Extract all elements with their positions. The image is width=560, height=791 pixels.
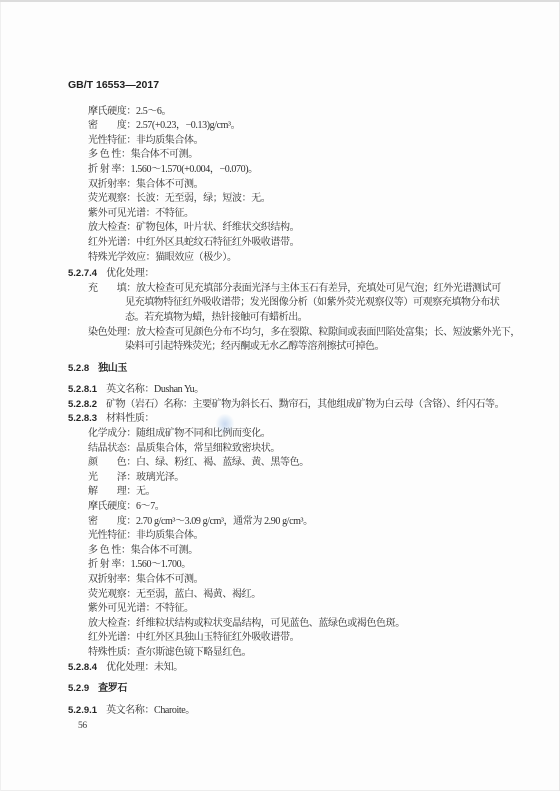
page-content: GB/T 16553—2017 摩氏硬度：2.5～6。 密 度：2.57(+0.… [68,78,520,734]
property-line-fluorescence: 荧光观察：长波：无至弱，绿；短波：无。 [68,192,520,207]
section-title: 查罗石 [98,683,127,694]
section-number: 5.2.8 [68,363,89,374]
property-line-uv-vis-spectrum: 紫外可见光谱：不特征。 [68,602,520,617]
property-line-density: 密 度：2.70 g/cm³～3.09 g/cm³，通常为 2.90 g/cm³… [68,515,520,530]
clause-number: 5.2.8.2 [68,399,97,410]
section-number: 5.2.9 [68,683,89,694]
standard-number: GB/T 16553—2017 [68,78,520,93]
document-page: GB/T 16553—2017 摩氏硬度：2.5～6。 密 度：2.57(+0.… [0,0,560,791]
property-line-infrared-spectrum: 红外光谱：中红外区具独山玉特征红外吸收谱带。 [68,631,520,646]
clause-5-2-7-4: 5.2.7.4优化处理： [68,267,520,282]
clause-text: 矿物（岩石）名称：主要矿物为斜长石、黝帘石，其他组成矿物为白云母（含铬）、纤闪石… [106,399,504,410]
property-line-magnification: 放大检查：纤维粒状结构或粒状变晶结构，可见蓝色、蓝绿色或褐色色斑。 [68,617,520,632]
clause-number: 5.2.8.1 [68,384,97,395]
property-line-mohs-hardness: 摩氏硬度：6～7。 [68,500,520,515]
paragraph-filling-line-1: 充 填：放大检查可见充填部分表面光泽与主体玉石有差异，充填处可见气泡；红外光谱测… [68,282,520,297]
property-line-optic-character: 光性特征：非均质集合体。 [68,134,520,149]
property-line-chemical-composition: 化学成分：随组成矿物不同和比例而变化。 [68,427,520,442]
property-line-special-property: 特殊性质：查尔斯滤色镜下略显红色。 [68,646,520,661]
paragraph-filling-line-2: 见充填物特征红外吸收谱带；发光图像分析（如紫外荧光观察仪等）可观察充填物分布状 [68,296,520,311]
section-title: 独山玉 [98,363,127,374]
paragraph-filling-line-3: 态。若充填物为蜡，热针接触可有蜡析出。 [68,311,520,326]
section-heading-5-2-9: 5.2.9查罗石 [68,682,520,697]
property-line-optic-character: 光性特征：非均质集合体。 [68,529,520,544]
section-heading-5-2-8: 5.2.8独山玉 [68,362,520,377]
property-line-pleochroism: 多 色 性：集合体不可测。 [68,544,520,559]
clause-5-2-8-4: 5.2.8.4优化处理：未知。 [68,661,520,676]
property-line-fluorescence: 荧光观察：无至弱，蓝白、褐黄、褐红。 [68,588,520,603]
clause-number: 5.2.7.4 [68,268,97,279]
property-line-pleochroism: 多 色 性：集合体不可测。 [68,148,520,163]
clause-number: 5.2.9.1 [68,705,97,716]
property-line-luster: 光 泽：玻璃光泽。 [68,471,520,486]
property-line-cleavage: 解 理：无。 [68,485,520,500]
property-line-density: 密 度：2.57(+0.23，−0.13)g/cm³。 [68,119,520,134]
property-line-refractive-index: 折 射 率：1.560～1.570(+0.004，−0.070)。 [68,163,520,178]
property-line-birefringence: 双折射率：集合体不可测。 [68,178,520,193]
clause-5-2-8-2: 5.2.8.2矿物（岩石）名称：主要矿物为斜长石、黝帘石，其他组成矿物为白云母（… [68,398,520,413]
page-number: 56 [68,719,520,734]
clause-5-2-8-3: 5.2.8.3材料性质： [68,412,520,427]
clause-text: 优化处理： [106,268,154,279]
paragraph-dyeing-line-1: 染色处理：放大检查可见颜色分布不均匀，多在裂隙、粒隙间或表面凹陷处富集；长、短波… [68,326,520,341]
property-line-mohs-hardness: 摩氏硬度：2.5～6。 [68,105,520,120]
clause-text: 材料性质： [106,413,154,424]
property-line-uv-vis-spectrum: 紫外可见光谱：不特征。 [68,207,520,222]
paragraph-dyeing-line-2: 染料可引起特殊荧光；经丙酮或无水乙醇等溶剂擦拭可掉色。 [68,340,520,355]
clause-text: 优化处理：未知。 [106,662,183,673]
clause-5-2-9-1: 5.2.9.1英文名称：Charoite。 [68,704,520,719]
property-line-crystal-state: 结晶状态：晶质集合体，常呈细粒致密块状。 [68,442,520,457]
clause-5-2-8-1: 5.2.8.1英文名称：Dushan Yu。 [68,383,520,398]
clause-number: 5.2.8.4 [68,662,97,673]
property-line-magnification: 放大检查：矿物包体，叶片状、纤维状交织结构。 [68,221,520,236]
property-line-infrared-spectrum: 红外光谱：中红外区具蛇纹石特征红外吸收谱带。 [68,236,520,251]
clause-text: 英文名称：Charoite。 [106,705,195,716]
property-line-refractive-index: 折 射 率：1.560～1.700。 [68,558,520,573]
clause-number: 5.2.8.3 [68,413,97,424]
clause-text: 英文名称：Dushan Yu。 [106,384,204,395]
property-line-special-optical-effect: 特殊光学效应：猫眼效应（极少）。 [68,251,520,266]
property-line-color: 颜 色：白、绿、粉红、褐、蓝绿、黄、黑等色。 [68,456,520,471]
property-line-birefringence: 双折射率：集合体不可测。 [68,573,520,588]
